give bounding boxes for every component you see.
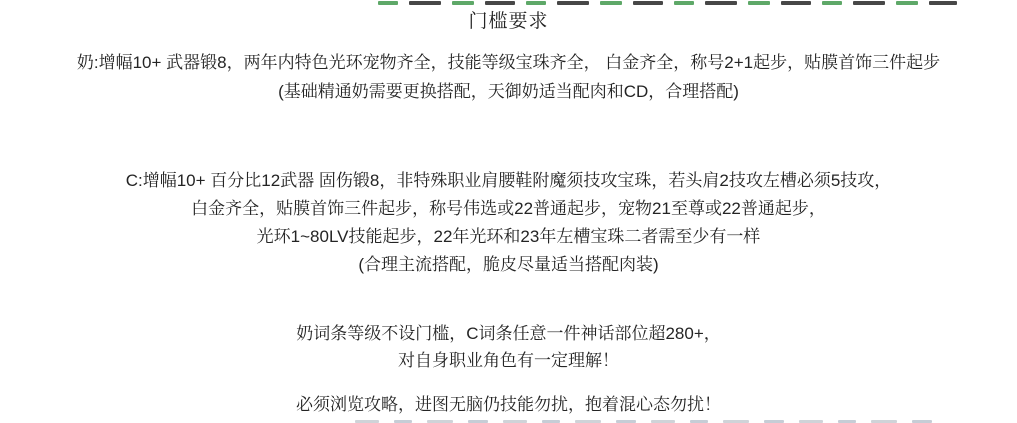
text-fragment — [600, 1, 622, 5]
text-line: 对自身职业角色有一定理解！ — [0, 347, 1017, 374]
text-line: (合理主流搭配，脆皮尽量适当搭配肉装) — [0, 251, 1017, 279]
text-fragment — [378, 1, 398, 5]
text-fragment — [674, 1, 694, 5]
text-fragment — [485, 1, 515, 5]
clipped-text-bottom — [0, 419, 1017, 423]
text-line: 奶:增幅10+ 武器锻8，两年内特色光环宠物齐全，技能等级宝珠齐全， 白金齐全，… — [0, 48, 1017, 77]
text-fragment — [452, 1, 474, 5]
text-line: 奶词条等级不设门槛，C词条任意一件神话部位超280+， — [0, 320, 1017, 347]
text-fragment — [409, 1, 441, 5]
page-title: 门槛要求 — [0, 6, 1017, 33]
text-line: 光环1~80LV技能起步，22年光环和23年左槽宝珠二者需至少有一样 — [0, 223, 1017, 251]
text-fragment — [929, 1, 957, 5]
text-line: 白金齐全，贴膜首饰三件起步，称号伟选或22普通起步，宠物21至尊或22普通起步， — [0, 195, 1017, 223]
text-fragment — [822, 1, 842, 5]
text-fragment — [633, 1, 663, 5]
text-fragment — [781, 1, 811, 5]
notice-paragraph: 必须浏览攻略，进图无脑仍技能勿扰，抱着混心态勿扰！ — [0, 391, 1017, 418]
text-line: (基础精通奶需要更换搭配，天御奶适当配肉和CD，合理搭配) — [0, 77, 1017, 106]
requirements-terms-paragraph: 奶词条等级不设门槛，C词条任意一件神话部位超280+， 对自身职业角色有一定理解… — [0, 320, 1017, 374]
requirements-dps-paragraph: C:增幅10+ 百分比12武器 固伤锻8，非特殊职业肩腰鞋附魔须技攻宝珠，若头肩… — [0, 167, 1017, 279]
text-fragment — [896, 1, 918, 5]
text-fragment — [853, 1, 885, 5]
text-line: C:增幅10+ 百分比12武器 固伤锻8，非特殊职业肩腰鞋附魔须技攻宝珠，若头肩… — [0, 167, 1017, 195]
text-fragment — [526, 1, 546, 5]
page: 门槛要求 奶:增幅10+ 武器锻8，两年内特色光环宠物齐全，技能等级宝珠齐全， … — [0, 0, 1017, 423]
text-fragment — [748, 1, 770, 5]
text-line: 必须浏览攻略，进图无脑仍技能勿扰，抱着混心态勿扰！ — [0, 391, 1017, 418]
requirements-healer-paragraph: 奶:增幅10+ 武器锻8，两年内特色光环宠物齐全，技能等级宝珠齐全， 白金齐全，… — [0, 48, 1017, 106]
text-fragment — [705, 1, 737, 5]
text-fragment — [557, 1, 589, 5]
